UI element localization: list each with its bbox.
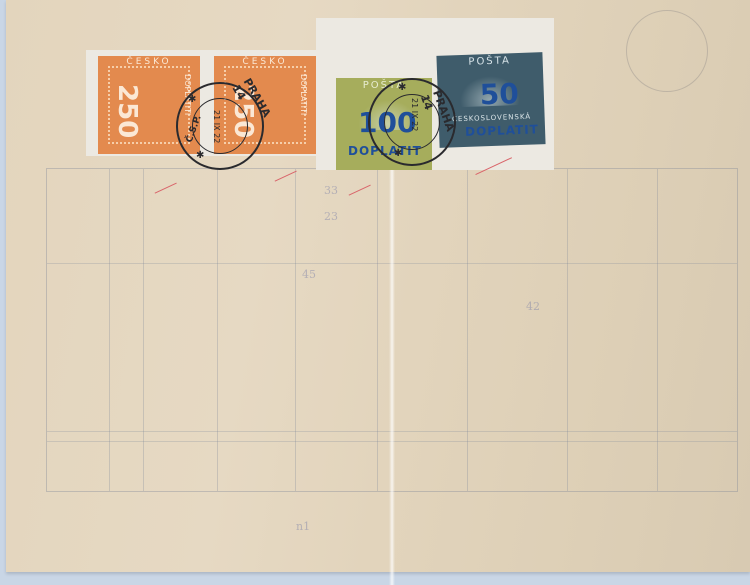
faint-handwriting: n1: [296, 520, 310, 533]
paper-fold-crease: [389, 150, 395, 585]
postmark-praha-14-left: PRAHA 14 Č.S.P. 21 IX 22 ✱ ✱: [176, 82, 264, 170]
faint-handwriting: 42: [526, 300, 540, 313]
faint-handwriting: 45: [302, 268, 316, 281]
faint-handwriting: 33: [324, 184, 338, 197]
faint-handwriting: 23: [324, 210, 338, 223]
document-paper: ČESKO 250 DOPLATITI ČESKO 250 DOPLATITI …: [6, 0, 750, 572]
faint-postmark: [626, 10, 708, 92]
postmark-praha-14-right: PRAHA 14 21 IX 22 ✱ ✱: [368, 78, 456, 166]
